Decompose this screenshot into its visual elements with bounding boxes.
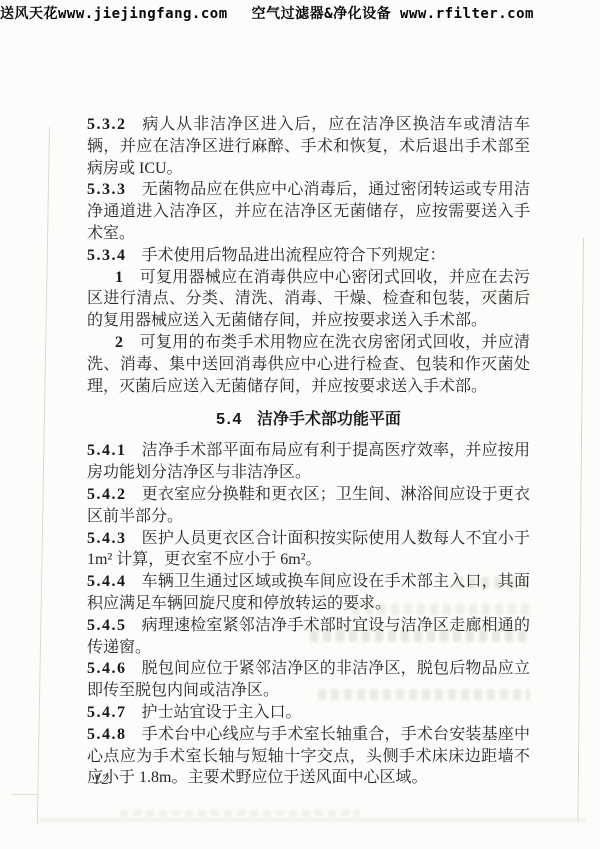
page-edge-line-right (577, 238, 584, 822)
scan-artifact-tick (12, 794, 39, 795)
section-heading: 5.4洁净手术部功能平面 (87, 409, 530, 431)
scan-artifact-bottom-shadow (38, 818, 586, 822)
section-heading-title: 洁净手术部功能平面 (257, 411, 401, 428)
clause-number: 5.4.4 (87, 573, 142, 590)
page-header: 送风天花www.jiejingfang.com 空气过滤器&净化设备 www.r… (0, 3, 534, 23)
clause-number: 5.4.2 (87, 486, 142, 503)
clause-text: 手术使用后物品进出流程应符合下列规定： (142, 247, 446, 264)
header-right-text: 空气过滤器&净化设备 www.rfilter.com (252, 3, 534, 23)
clause-text: 护士站宜设于主入口。 (142, 704, 302, 721)
clause-paragraph: 5.4.3医护人员更衣区合计面积按实际使用人数每人不宜小于1m² 计算，更衣室不… (87, 528, 530, 572)
scanned-document-page: 送风天花www.jiejingfang.com 空气过滤器&净化设备 www.r… (0, 0, 600, 849)
clause-text: 手术台中心线应与手术室长轴重合，手术台安装基座中心点应为手术室长轴与短轴十字交点… (87, 726, 530, 787)
clause-number: 5.4.8 (87, 726, 142, 743)
clause-paragraph: 5.4.1洁净手术部平面布局应有利于提高医疗效率，并应按用房功能划分洁净区与非洁… (87, 440, 530, 484)
document-body: 5.3.2病人从非洁净区进入后，应在洁净区换洁车或清洁车辆，并应在洁净区进行麻醉… (87, 114, 530, 789)
clause-number: 5.3.2 (87, 116, 142, 133)
numbered-list-item: 2可复用的布类手术用物应在洗衣房密闭式回收，并应清洗、消毒、集中送回消毒供应中心… (87, 332, 530, 397)
clause-paragraph: 5.4.7护士站宜设于主入口。 (87, 702, 530, 724)
clause-number: 2 (115, 334, 140, 351)
clause-number: 5.4.6 (87, 660, 142, 677)
clause-paragraph: 5.3.2病人从非洁净区进入后，应在洁净区换洁车或清洁车辆，并应在洁净区进行麻醉… (87, 114, 530, 179)
clause-number: 1 (115, 269, 140, 286)
bleedthrough-smudge (120, 810, 360, 817)
clause-paragraph: 5.4.4车辆卫生通过区域或换车间应设在手术部主入口，其面积应满足车辆回旋尺度和… (87, 571, 530, 615)
clause-text: 医护人员更衣区合计面积按实际使用人数每人不宜小于1m² 计算，更衣室不应小于 6… (87, 530, 530, 569)
clause-text: 病理速检室紧邻洁净手术部时宜设与洁净区走廊相通的传递窗。 (87, 617, 530, 656)
clause-paragraph: 5.4.6脱包间应位于紧邻洁净区的非洁净区，脱包后物品应立即传至脱包内间或洁净区… (87, 658, 530, 702)
clause-text: 脱包间应位于紧邻洁净区的非洁净区，脱包后物品应立即传至脱包内间或洁净区。 (87, 660, 530, 699)
clause-text: 可复用的布类手术用物应在洗衣房密闭式回收，并应清洗、消毒、集中送回消毒供应中心进… (87, 334, 530, 395)
section-heading-number: 5.4 (216, 411, 257, 428)
clause-paragraph: 5.4.8手术台中心线应与手术室长轴重合，手术台安装基座中心点应为手术室长轴与短… (87, 724, 530, 789)
section-5-4-clauses: 5.4.1洁净手术部平面布局应有利于提高医疗效率，并应按用房功能划分洁净区与非洁… (87, 440, 530, 789)
numbered-list-item: 1可复用器械应在消毒供应中心密闭式回收，并应在去污区进行清点、分类、清洗、消毒、… (87, 267, 530, 332)
clause-number: 5.4.5 (87, 617, 142, 634)
clause-text: 可复用器械应在消毒供应中心密闭式回收，并应在去污区进行清点、分类、清洗、消毒、干… (87, 269, 530, 330)
clause-number: 5.3.4 (87, 247, 142, 264)
clause-number: 5.4.1 (87, 442, 142, 459)
clause-number: 5.3.3 (87, 181, 142, 198)
clause-text: 更衣室应分换鞋和更衣区；卫生间、淋浴间应设于更衣区前半部分。 (87, 486, 530, 525)
page-number: 12 (93, 772, 110, 789)
clause-paragraph: 5.3.4手术使用后物品进出流程应符合下列规定： (87, 245, 530, 267)
clause-text: 无菌物品应在供应中心消毒后，通过密闭转运或专用洁净通道进入洁净区，并应在洁净区无… (87, 181, 530, 242)
clause-paragraph: 5.4.5病理速检室紧邻洁净手术部时宜设与洁净区走廊相通的传递窗。 (87, 615, 530, 659)
page-edge-line-left (37, 127, 51, 824)
clause-text: 病人从非洁净区进入后，应在洁净区换洁车或清洁车辆，并应在洁净区进行麻醉、手术和恢… (87, 116, 530, 177)
clause-text: 洁净手术部平面布局应有利于提高医疗效率，并应按用房功能划分洁净区与非洁净区。 (87, 442, 530, 481)
clause-number: 5.4.7 (87, 704, 142, 721)
clause-paragraph: 5.4.2更衣室应分换鞋和更衣区；卫生间、淋浴间应设于更衣区前半部分。 (87, 484, 530, 528)
header-left-text: 送风天花www.jiejingfang.com (0, 3, 228, 23)
clause-number: 5.4.3 (87, 530, 142, 547)
clause-paragraph: 5.3.3无菌物品应在供应中心消毒后，通过密闭转运或专用洁净通道进入洁净区，并应… (87, 179, 530, 244)
section-5-3-clauses: 5.3.2病人从非洁净区进入后，应在洁净区换洁车或清洁车辆，并应在洁净区进行麻醉… (87, 114, 530, 397)
clause-text: 车辆卫生通过区域或换车间应设在手术部主入口，其面积应满足车辆回旋尺度和停放转运的… (87, 573, 530, 612)
